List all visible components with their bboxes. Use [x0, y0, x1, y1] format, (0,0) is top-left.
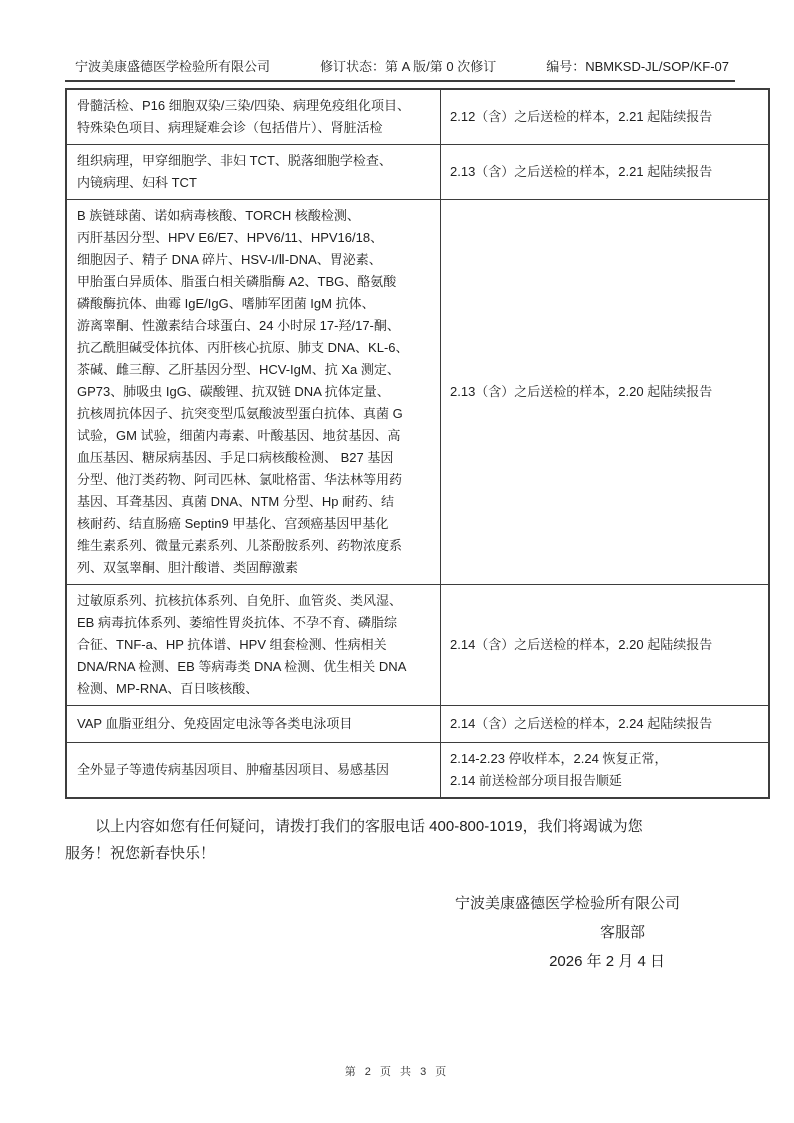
items-cell: 组织病理，甲穿细胞学、非妇 TCT、脱落细胞学检查、 内镜病理、妇科 TCT: [66, 145, 441, 200]
schedule-cell: 2.13（含）之后送检的样本，2.21 起陆续报告: [441, 145, 770, 200]
table-row: 骨髓活检、P16 细胞双染/三染/四染、病理免疫组化项目、 特殊染色项目、病理疑…: [66, 89, 769, 145]
schedule-cell: 2.14（含）之后送检的样本，2.20 起陆续报告: [441, 585, 770, 706]
items-cell: B 族链球菌、诺如病毒核酸、TORCH 核酸检测、 丙肝基因分型、HPV E6/…: [66, 200, 441, 585]
schedule-cell: 2.14-2.23 停收样本，2.24 恢复正常， 2.14 前送检部分项目报告…: [441, 743, 770, 799]
table-row: VAP 血脂亚组分、免疫固定电泳等各类电泳项目 2.14（含）之后送检的样本，2…: [66, 706, 769, 743]
schedule-cell: 2.12（含）之后送检的样本，2.21 起陆续报告: [441, 89, 770, 145]
table-row: 过敏原系列、抗核抗体系列、自免肝、血管炎、类风湿、 EB 病毒抗体系列、萎缩性胃…: [66, 585, 769, 706]
notice-paragraph: 以上内容如您有任何疑问，请拨打我们的客服电话 400-800-1019，我们将竭…: [65, 813, 735, 867]
items-cell: 骨髓活检、P16 细胞双染/三染/四染、病理免疫组化项目、 特殊染色项目、病理疑…: [66, 89, 441, 145]
header-revision-status: 修订状态：第 A 版/第 0 次修订: [320, 56, 496, 75]
table-row: 全外显子等遗传病基因项目、肿瘤基因项目、易感基因 2.14-2.23 停收样本，…: [66, 743, 769, 799]
document-header: 宁波美康盛德医学检验所有限公司 修订状态：第 A 版/第 0 次修订 编号：NB…: [65, 56, 735, 82]
items-cell: VAP 血脂亚组分、免疫固定电泳等各类电泳项目: [66, 706, 441, 743]
signature-department: 客服部: [600, 924, 645, 941]
schedule-cell: 2.13（含）之后送检的样本，2.20 起陆续报告: [441, 200, 770, 585]
items-cell: 全外显子等遗传病基因项目、肿瘤基因项目、易感基因: [66, 743, 441, 799]
signature-date: 2026 年 2 月 4 日: [549, 953, 665, 970]
table-row: 组织病理，甲穿细胞学、非妇 TCT、脱落细胞学检查、 内镜病理、妇科 TCT 2…: [66, 145, 769, 200]
items-cell: 过敏原系列、抗核抗体系列、自免肝、血管炎、类风湿、 EB 病毒抗体系列、萎缩性胃…: [66, 585, 441, 706]
signature-block: 宁波美康盛德医学检验所有限公司 客服部 2026 年 2 月 4 日: [65, 889, 735, 976]
signature-company: 宁波美康盛德医学检验所有限公司: [455, 895, 680, 912]
header-company: 宁波美康盛德医学检验所有限公司: [75, 56, 270, 75]
schedule-cell: 2.14（含）之后送检的样本，2.24 起陆续报告: [441, 706, 770, 743]
header-doc-number: 编号：NBMKSD-JL/SOP/KF-07: [546, 56, 729, 75]
page-number: 第 2 页 共 3 页: [0, 1063, 794, 1079]
schedule-table: 骨髓活检、P16 细胞双染/三染/四染、病理免疫组化项目、 特殊染色项目、病理疑…: [65, 88, 770, 799]
table-row: B 族链球菌、诺如病毒核酸、TORCH 核酸检测、 丙肝基因分型、HPV E6/…: [66, 200, 769, 585]
document-page: 宁波美康盛德医学检验所有限公司 修订状态：第 A 版/第 0 次修订 编号：NB…: [0, 0, 794, 1123]
